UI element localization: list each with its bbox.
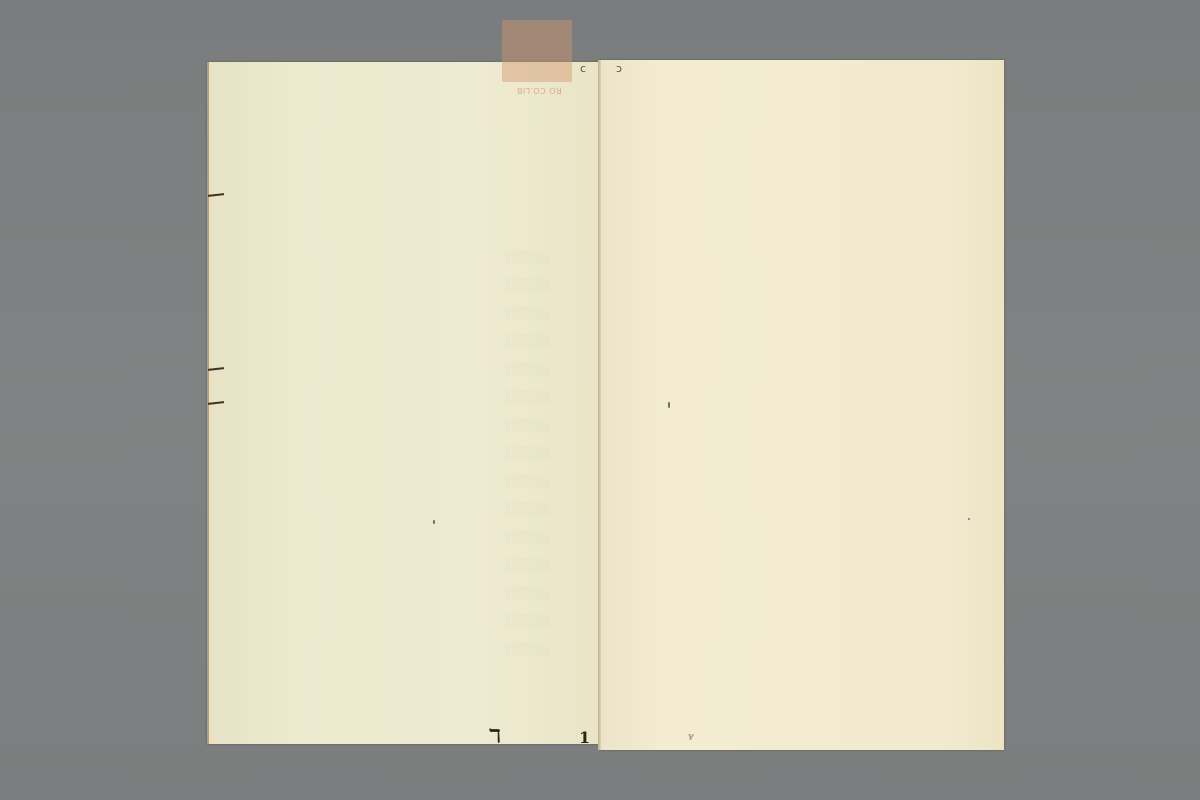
book-gutter (598, 60, 601, 750)
bleed-through-text (505, 250, 550, 670)
library-stamp-icon (502, 20, 572, 82)
corner-mark-left: c (580, 62, 586, 75)
stamp-caption: RO CO.LIB (503, 86, 575, 95)
paper-speck (433, 520, 435, 524)
paper-speck (968, 518, 970, 520)
page-mark-right: ᵞ (688, 731, 694, 747)
page-mark-left: ℸ (489, 726, 501, 747)
page-mark-gutter: 1 (579, 728, 590, 747)
paper-speck (668, 402, 670, 408)
corner-mark-right: ɔ (616, 62, 622, 75)
right-page (600, 60, 1004, 750)
